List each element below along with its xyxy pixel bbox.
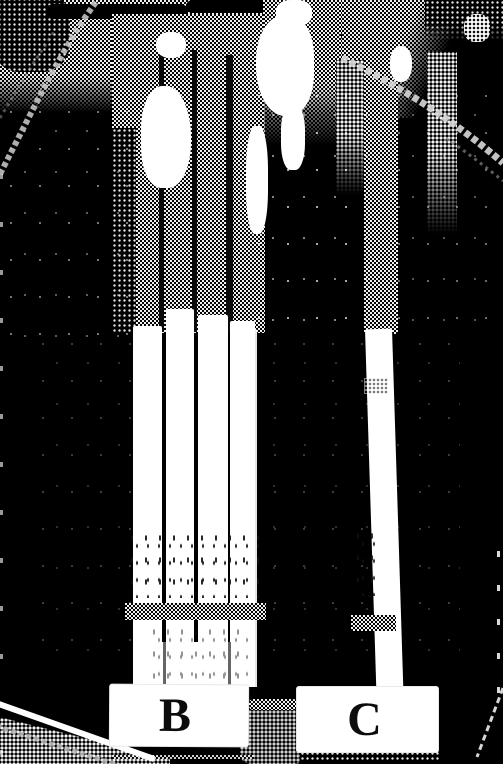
glare-highlight-top-right — [464, 14, 490, 42]
grain-speckle — [8, 108, 130, 343]
label-letter-b: B — [159, 691, 191, 739]
label-card-b: B — [110, 685, 248, 747]
film-edge-noise-right — [497, 545, 500, 693]
grain-speckle — [396, 92, 496, 332]
shadow-under-card-c — [300, 751, 440, 762]
top-dark-streak — [186, 0, 272, 13]
film-edge-noise-left — [0, 140, 3, 755]
label-letter-c: C — [347, 696, 382, 744]
strip-tick-marks-c — [354, 530, 384, 596]
strip-band-c — [351, 615, 396, 631]
strip-c-smudge — [364, 378, 388, 394]
strip-gap-shadow — [192, 50, 197, 332]
glare-highlight-left — [141, 86, 191, 188]
bw-photograph: B C — [0, 0, 503, 764]
strip-tick-marks-b — [128, 532, 264, 598]
strip-gap-shadow — [226, 55, 233, 332]
test-strip-edge-sliver — [250, 329, 257, 687]
strip-band-b — [125, 603, 266, 620]
glare-highlight-right — [390, 46, 412, 82]
base-edge-line-right — [477, 688, 503, 757]
label-card-c: C — [297, 687, 438, 752]
between-cards-dash — [249, 699, 297, 710]
shadow-under-card-b — [112, 755, 254, 759]
glare-highlight-left-small — [156, 32, 186, 58]
strip-tick-marks-b-lower — [150, 626, 248, 682]
right-strip-upper-shade — [364, 58, 398, 334]
grain-speckle — [256, 92, 368, 344]
